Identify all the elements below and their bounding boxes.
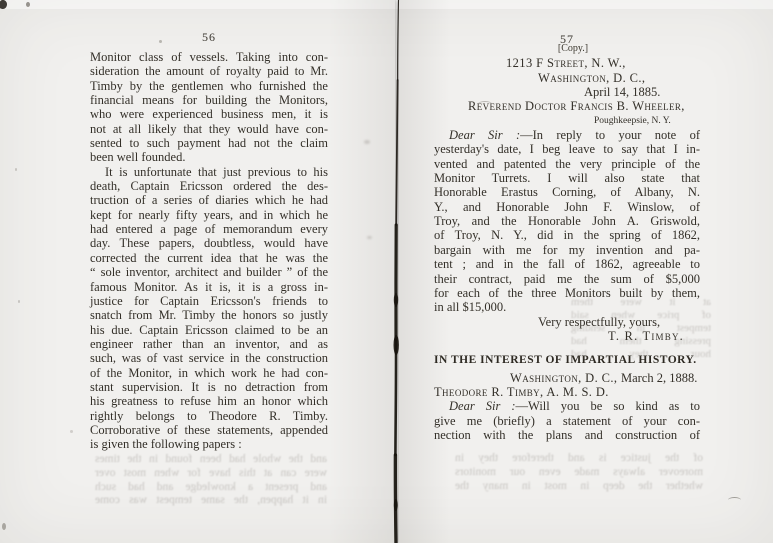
text-line: not at all likely that they would have c… (90, 122, 328, 136)
text-span: Theodore R. Timby, A. M. S. D. (434, 385, 609, 399)
text-line: day. These papers, doubtless, would have (90, 236, 328, 250)
text-line: had entered a page of memorandum every (90, 222, 328, 236)
text-line: financial means for building the Monitor… (90, 93, 328, 107)
text-span: March 2, 1888. (621, 371, 697, 385)
text-line: in it happen, the same tempest was come (95, 494, 327, 508)
text-line: April 14, 1885. (434, 85, 700, 99)
left-page-text: Monitor class of vessels. Taking into co… (90, 50, 328, 452)
text-span: —Will you be so kind as to (516, 399, 700, 413)
text-line: [Copy.] (434, 42, 700, 56)
text-line: their contract, paid me the sum of $5,00… (434, 272, 700, 286)
book-gutter-line (384, 0, 412, 543)
text-line: bargain with me for my invention and pa- (434, 243, 700, 257)
text-line: Monitor class of vessels. Taking into co… (90, 50, 328, 64)
text-line: sented to such payment had not the claim (90, 136, 328, 150)
scan-speck (26, 2, 30, 7)
text-line: Y., and Honorable John F. Winslow, of (434, 200, 700, 214)
text-line: and the whole had been found in the time… (95, 453, 327, 467)
text-line: of Troy, N. Y., did in the spring of 186… (434, 228, 700, 242)
text-line: 1213 F Street, N. W., (434, 56, 700, 70)
text-line: hour they had (571, 348, 711, 361)
text-span: Dear Sir : (449, 399, 516, 413)
text-line: give me (briefly) a statement of your co… (434, 414, 700, 428)
right-page-text: [Copy.]1213 F Street, N. W.,Washington, … (434, 42, 700, 442)
text-line: his due. Captain Ericsson claimed to be … (90, 323, 328, 337)
text-line: Washington, D. C., March 2, 1888. (434, 371, 700, 385)
text-line: kept for nearly fifty years, and in whic… (90, 208, 328, 222)
text-line: famous Monitor. As it is, it is a gross … (90, 280, 328, 294)
text-line: stant supervision. It is no detraction f… (90, 380, 328, 394)
text-line: Corroborative of these statements, appen… (90, 423, 328, 437)
text-line: Dear Sir :—Will you be so kind as to (434, 399, 700, 413)
text-line: yesterday's date, I beg leave to say tha… (434, 142, 700, 156)
text-line: tempest in sending (571, 322, 711, 335)
text-line: whether the deep in most in many the (455, 480, 703, 494)
text-line: and present a knowledge and had such (95, 481, 327, 495)
bleed-through-text-right-side: at it were themof price when saidtempest… (571, 296, 711, 361)
text-line: of the Monitor, in which work he had con… (90, 366, 328, 380)
text-line: justice for Captain Ericsson's friends t… (90, 294, 328, 308)
text-line: Washington, D. C., (434, 71, 700, 85)
pencil-mark (478, 101, 492, 107)
scan-speck (2, 523, 6, 530)
scan-speck (159, 40, 162, 43)
scan-speck (18, 300, 20, 303)
text-line: pressing them had (571, 335, 711, 348)
text-line: is given the following papers : (90, 437, 328, 451)
text-line: were can at this have for when most over (95, 467, 327, 481)
text-line: Reverend Doctor Francis B. Wheeler, (434, 99, 700, 113)
text-line: of the justice is and therefore they in (455, 452, 703, 466)
bleed-through-text-left: and the whole had been found in the time… (95, 453, 327, 508)
book-scan-spread: 56 57 Monitor class of vessels. Taking i… (0, 0, 773, 543)
scan-speck (15, 168, 17, 171)
text-line: Troy, and the Honorable John A. Griswold… (434, 214, 700, 228)
text-line: Dear Sir :—In reply to your note of (434, 128, 700, 142)
text-line: death, Captain Ericsson ordered the des- (90, 179, 328, 193)
text-line: moreover always made even our monitors (455, 466, 703, 480)
pencil-mark (728, 497, 741, 503)
text-line: snatch from Mr. Timby the honors so just… (90, 308, 328, 322)
page-number-left: 56 (90, 30, 328, 45)
text-line: rightly belongs to Theodore R. Timby. (90, 409, 328, 423)
text-line: “ sole inventor, architect and builder ”… (90, 265, 328, 279)
text-line: corrected the current idea that he was t… (90, 251, 328, 265)
text-line: Honorable Erastus Corning, of Albany, N. (434, 185, 700, 199)
scan-speck (367, 236, 372, 239)
text-line: his greatness to refuse him an honor whi… (90, 394, 328, 408)
scan-speck (70, 430, 73, 433)
scan-speck (364, 140, 370, 144)
text-line: truction of a series of diaries which he… (90, 193, 328, 207)
text-span: Dear Sir : (449, 128, 520, 142)
text-line: tent ; and in the fall of 1862, agreeabl… (434, 257, 700, 271)
text-line: Theodore R. Timby, A. M. S. D. (434, 385, 700, 399)
text-line: nection with the plans and construction … (434, 428, 700, 442)
text-span: —In reply to your note of (520, 128, 700, 142)
text-line: sideration the amount of royalty paid to… (90, 64, 328, 78)
text-line: Monitor Turrets. I will also state that (434, 171, 700, 185)
text-line: engineer rather than an inventor, and as (90, 337, 328, 351)
text-line: been well founded. (90, 150, 328, 164)
text-line: at it were them (571, 296, 711, 309)
text-line: Timby by the gentlemen who furnished the (90, 79, 328, 93)
text-span: Washington, D. C., (510, 371, 621, 385)
bleed-through-text-right-bottom: of the justice is and therefore they inm… (455, 452, 703, 493)
text-line: of price when said (571, 309, 711, 322)
text-line: who were experienced business men, it is (90, 107, 328, 121)
text-line: vented and patented the very principle o… (434, 157, 700, 171)
text-line: Poughkeepsie, N. Y. (434, 114, 700, 128)
text-line: such, was of vast service in the constru… (90, 351, 328, 365)
text-line: It is unfortunate that just previous to … (90, 165, 328, 179)
